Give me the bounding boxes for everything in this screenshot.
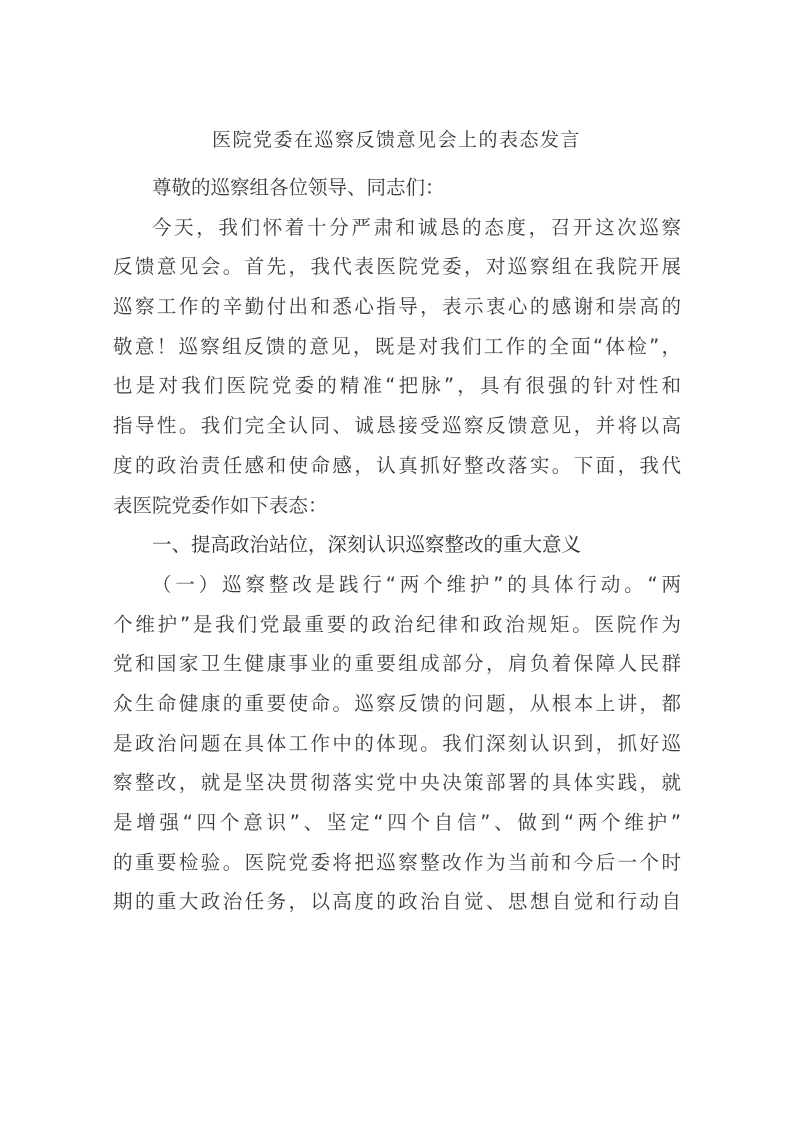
paragraph-line: 指导性。我们完全认同、诚恳接受巡察反馈意见，并将以高 [113,406,681,446]
paragraph-line: 度的政治责任感和使命感，认真抓好整改落实。下面，我代 [113,446,681,486]
paragraph-line: 是政治问题在具体工作中的体现。我们深刻认识到，抓好巡 [113,724,681,764]
paragraph-line: 反馈意见会。首先，我代表医院党委，对巡察组在我院开展 [113,247,681,287]
document-page: 医院党委在巡察反馈意见会上的表态发言 尊敬的巡察组各位领导、同志们：今天，我们怀… [0,0,793,1122]
paragraph-line: 表医院党委作如下表态： [113,486,681,526]
paragraph-line: 巡察工作的辛勤付出和悉心指导，表示衷心的感谢和崇高的 [113,287,681,327]
paragraph-line: 尊敬的巡察组各位领导、同志们： [113,168,681,208]
paragraph-line: 党和国家卫生健康事业的重要组成部分，肩负着保障人民群 [113,644,681,684]
paragraph-line: 今天，我们怀着十分严肃和诚恳的态度，召开这次巡察 [113,208,681,248]
section-heading: 一、提高政治站位，深刻认识巡察整改的重大意义 [113,525,681,565]
paragraph-line: 期的重大政治任务，以高度的政治自觉、思想自觉和行动自 [113,882,681,922]
paragraph-line: 敬意！巡察组反馈的意见，既是对我们工作的全面“体检”， [113,327,681,367]
paragraph-line: 众生命健康的重要使命。巡察反馈的问题，从根本上讲，都 [113,684,681,724]
document-body: 尊敬的巡察组各位领导、同志们：今天，我们怀着十分严肃和诚恳的态度，召开这次巡察反… [113,168,681,922]
paragraph-line: 也是对我们医院党委的精准“把脉”，具有很强的针对性和 [113,366,681,406]
paragraph-line: （一）巡察整改是践行“两个维护”的具体行动。“两 [113,565,681,605]
paragraph-line: 个维护”是我们党最重要的政治纪律和政治规矩。医院作为 [113,605,681,645]
document-title: 医院党委在巡察反馈意见会上的表态发言 [0,125,793,152]
paragraph-line: 是增强“四个意识”、坚定“四个自信”、做到“两个维护” [113,803,681,843]
paragraph-line: 察整改，就是坚决贯彻落实党中央决策部署的具体实践，就 [113,763,681,803]
paragraph-line: 的重要检验。医院党委将把巡察整改作为当前和今后一个时 [113,843,681,883]
